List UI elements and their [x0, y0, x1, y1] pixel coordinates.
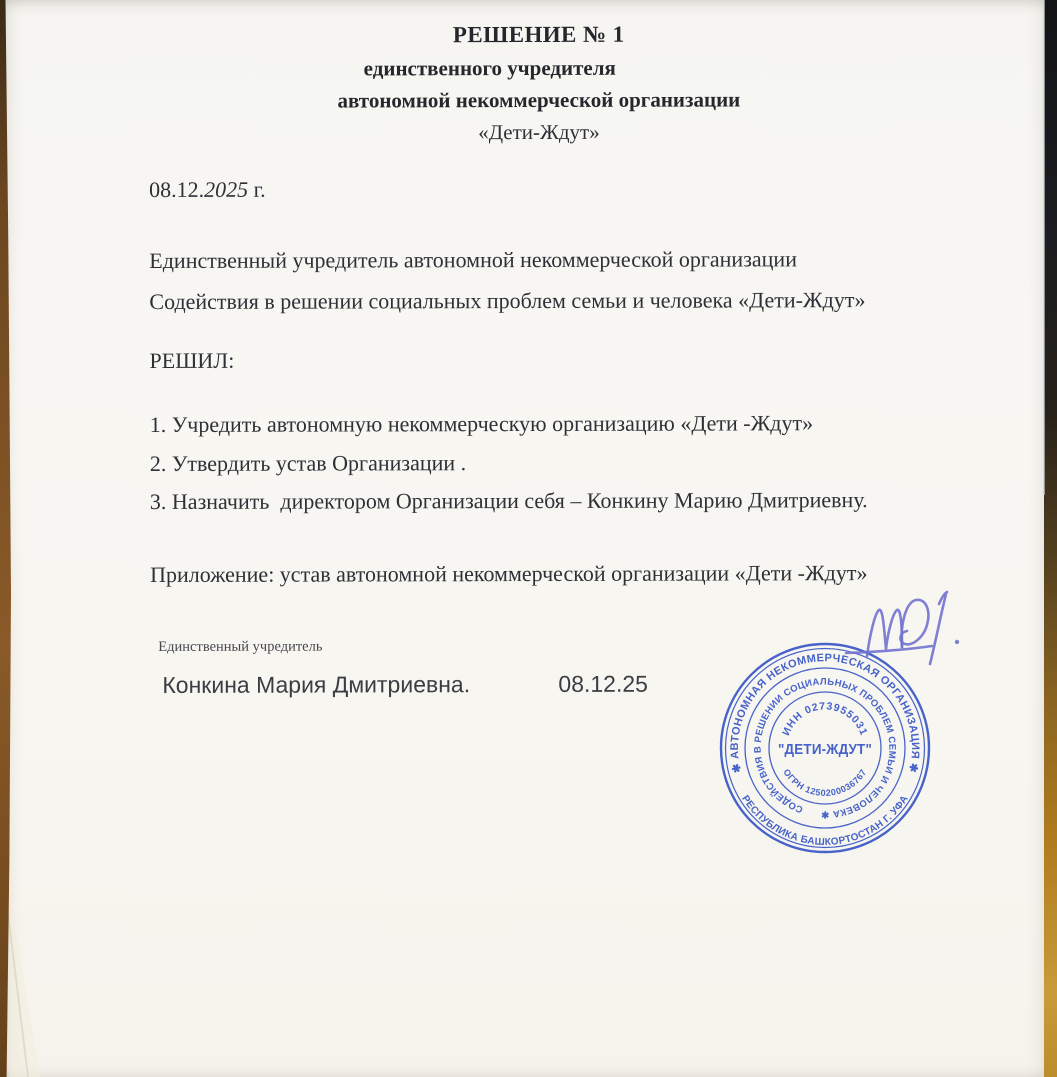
- organization-stamp: ✱ АВТОНОМНАЯ НЕКОММЕРЧЕСКАЯ ОРГАНИЗАЦИЯ …: [721, 644, 929, 852]
- stamp-center-text: "ДЕТИ-ЖДУТ": [778, 742, 872, 758]
- signature-flourish-stroke: [930, 592, 947, 664]
- title-subline-founder: единственного учредителя: [60, 55, 920, 81]
- body-paragraph-line-1: Единственный учредитель автономной неком…: [149, 246, 797, 273]
- svg-text:ИНН 0273955031: ИНН 0273955031: [780, 700, 870, 737]
- document-date: 08.12.2025 г.: [149, 177, 266, 203]
- scanned-document-page: РЕШЕНИЕ № 1 единственного учредителя авт…: [0, 0, 1057, 1077]
- signer-name: Конкина Мария Дмитриевна.: [162, 671, 470, 698]
- stamp-ogrn-text: ОГРН 1250200036767: [781, 767, 868, 798]
- date-prefix: 08.12.: [149, 177, 204, 202]
- svg-text:ОГРН 1250200036767: ОГРН 1250200036767: [781, 767, 868, 798]
- date-suffix: г.: [248, 177, 266, 202]
- document-body: РЕШЕНИЕ № 1 единственного учредителя авт…: [0, 0, 1057, 1077]
- decision-item-3: 3. Назначить директором Организации себя…: [150, 487, 868, 514]
- decision-item-1: 1. Учредить автономную некоммерческую ор…: [150, 410, 813, 437]
- date-year: 2025: [204, 177, 248, 202]
- document-title: РЕШЕНИЕ № 1: [109, 21, 969, 50]
- body-paragraph-line-2: Содействия в решении социальных проблем …: [149, 287, 865, 314]
- signer-role-label: Единственный учредитель: [158, 639, 322, 656]
- decision-item-2: 2. Утвердить устав Организации .: [150, 450, 466, 476]
- title-subline-organization: автономной некоммерческой организации: [109, 87, 969, 113]
- handwritten-signature: [846, 592, 959, 664]
- signature-date: 08.12.25: [558, 671, 648, 698]
- signature-letter-d-stroke: [900, 600, 928, 647]
- stamp-inn-text: ИНН 0273955031: [780, 700, 870, 737]
- title-subline-org-name: «Дети-Ждут»: [109, 119, 969, 145]
- resolution-heading: РЕШИЛ:: [149, 348, 234, 374]
- stamp-and-signature-layer: ✱ АВТОНОМНАЯ НЕКОММЕРЧЕСКАЯ ОРГАНИЗАЦИЯ …: [700, 580, 960, 870]
- signature-period-dot: [955, 640, 959, 644]
